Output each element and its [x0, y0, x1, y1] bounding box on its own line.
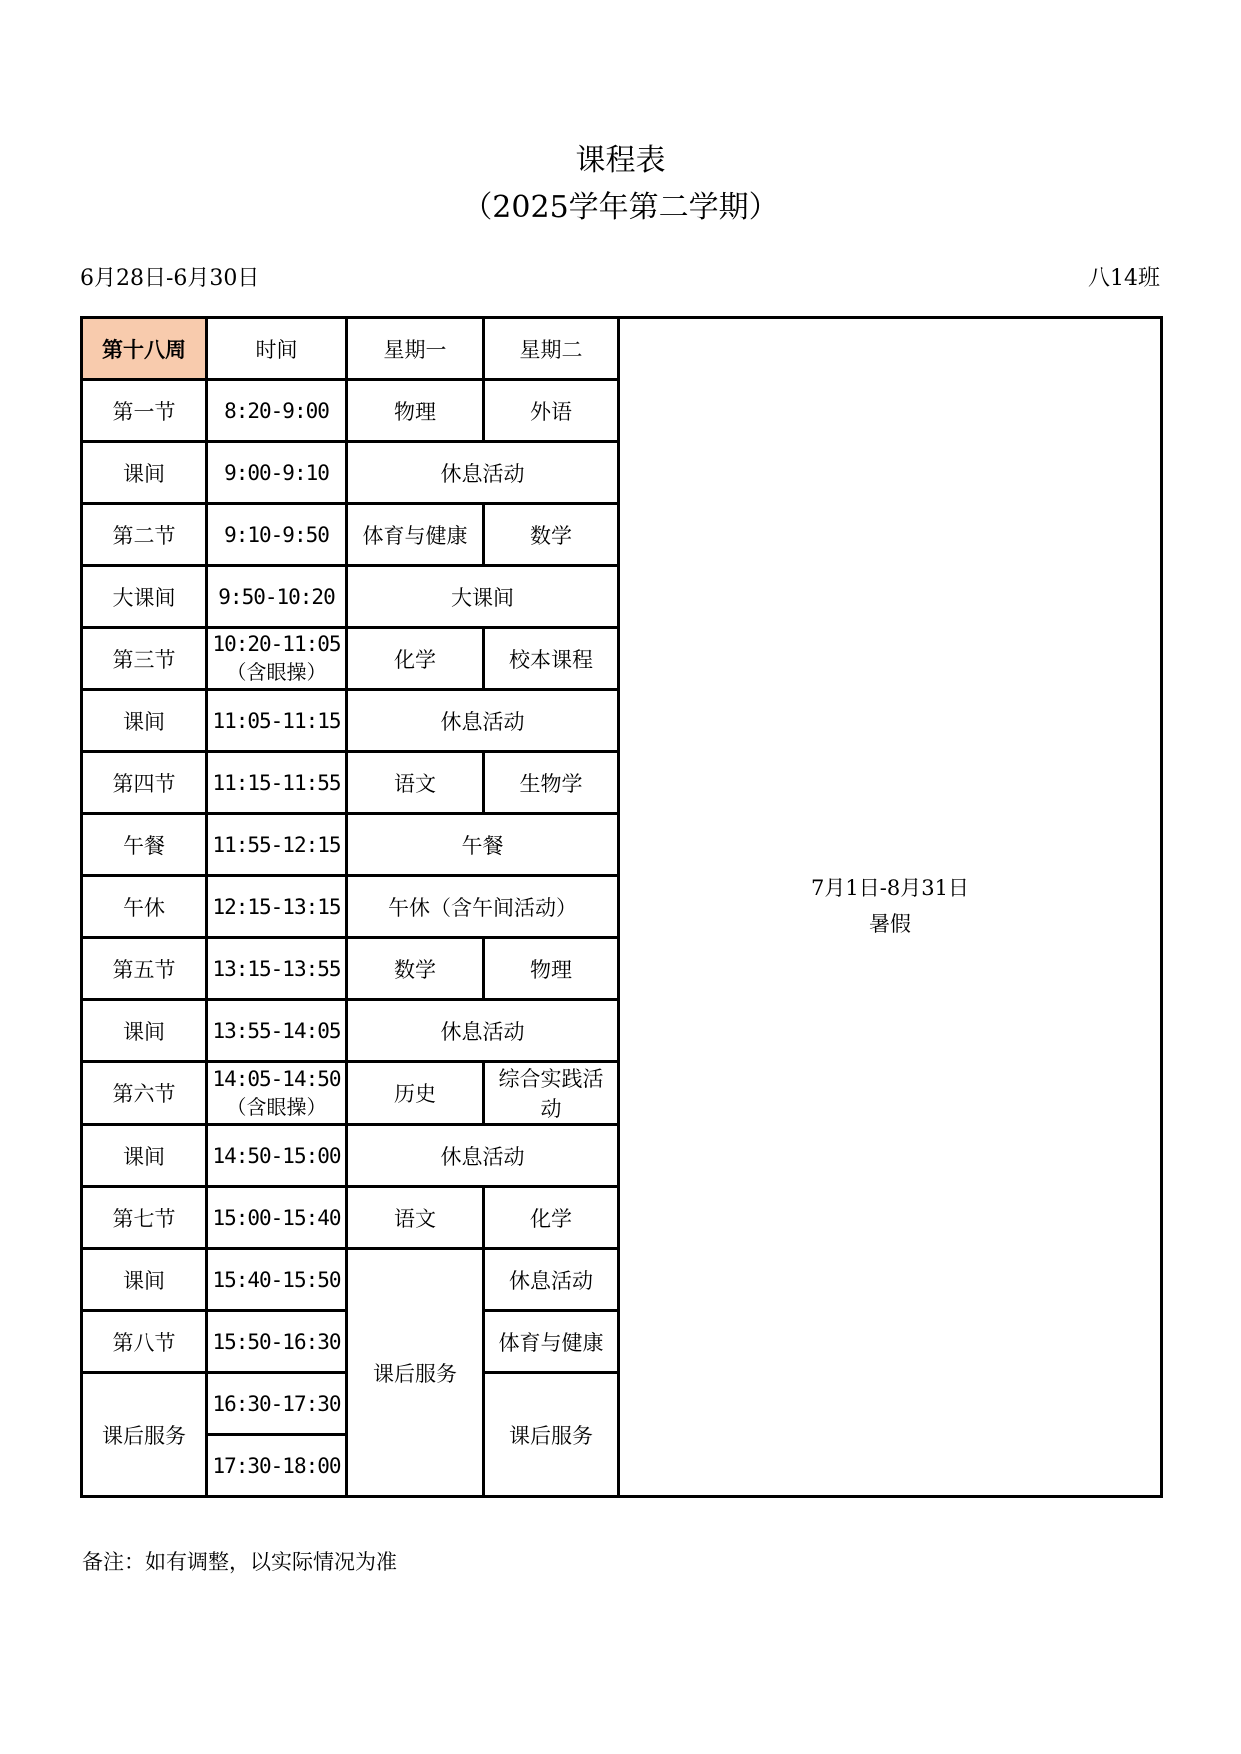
tuesday-cell: 化学	[484, 1187, 619, 1249]
period-label-cell: 第七节	[82, 1187, 207, 1249]
merged-activity-cell: 午餐	[347, 814, 619, 876]
vacation-dates: 7月1日-8月31日	[624, 871, 1156, 907]
period-label-cell: 第一节	[82, 380, 207, 442]
period-label-cell: 课间	[82, 1249, 207, 1311]
tuesday-header-cell: 星期二	[484, 318, 619, 380]
merged-activity-cell: 休息活动	[347, 442, 619, 504]
time-cell: 9:50-10:20	[207, 566, 347, 628]
time-cell: 13:55-14:05	[207, 1000, 347, 1062]
time-cell: 11:05-11:15	[207, 690, 347, 752]
time-range: 10:20-11:05	[212, 632, 341, 656]
period-label-cell: 第二节	[82, 504, 207, 566]
time-cell: 12:15-13:15	[207, 876, 347, 938]
title-line2: （2025学年第二学期）	[0, 185, 1241, 232]
period-label-cell: 课间	[82, 690, 207, 752]
monday-cell: 语文	[347, 1187, 484, 1249]
time-cell: 11:55-12:15	[207, 814, 347, 876]
merged-activity-cell: 休息活动	[347, 690, 619, 752]
monday-after-school-cell: 课后服务	[347, 1249, 484, 1497]
time-cell: 17:30-18:00	[207, 1435, 347, 1497]
time-cell: 8:20-9:00	[207, 380, 347, 442]
time-cell: 16:30-17:30	[207, 1373, 347, 1435]
monday-cell: 体育与健康	[347, 504, 484, 566]
monday-header-cell: 星期一	[347, 318, 484, 380]
class-name: 八14班	[1088, 261, 1160, 292]
time-cell: 15:40-15:50	[207, 1249, 347, 1311]
merged-activity-cell: 休息活动	[347, 1125, 619, 1187]
tuesday-after-school-cell: 课后服务	[484, 1373, 619, 1497]
time-range: 14:05-14:50	[212, 1067, 341, 1091]
meta-row: 6月28日-6月30日 八14班	[80, 261, 1160, 292]
vacation-cell: 7月1日-8月31日 暑假	[619, 318, 1162, 1497]
period-label-cell: 第三节	[82, 628, 207, 690]
period-label-cell: 课间	[82, 1125, 207, 1187]
time-note: （含眼操）	[212, 656, 341, 685]
footer-note: 备注：如有调整，以实际情况为准	[82, 1546, 1241, 1576]
monday-cell: 数学	[347, 938, 484, 1000]
period-label-cell: 第四节	[82, 752, 207, 814]
time-cell: 9:00-9:10	[207, 442, 347, 504]
header-row: 第十八周 时间 星期一 星期二 7月1日-8月31日 暑假	[82, 318, 1162, 380]
monday-cell: 物理	[347, 380, 484, 442]
period-label-cell: 第五节	[82, 938, 207, 1000]
period-label-cell: 课间	[82, 442, 207, 504]
schedule-table: 第十八周 时间 星期一 星期二 7月1日-8月31日 暑假 第一节 8:20-9…	[80, 316, 1163, 1498]
time-cell: 13:15-13:55	[207, 938, 347, 1000]
time-cell: 15:00-15:40	[207, 1187, 347, 1249]
merged-activity-cell: 午休（含午间活动）	[347, 876, 619, 938]
time-cell: 15:50-16:30	[207, 1311, 347, 1373]
monday-cell: 语文	[347, 752, 484, 814]
time-note: （含眼操）	[212, 1091, 341, 1120]
tuesday-cell: 生物学	[484, 752, 619, 814]
period-label-cell: 第六节	[82, 1062, 207, 1125]
time-cell: 14:05-14:50 （含眼操）	[207, 1062, 347, 1125]
merged-activity-cell: 休息活动	[347, 1000, 619, 1062]
vacation-label: 暑假	[624, 907, 1156, 943]
period-label-cell: 第八节	[82, 1311, 207, 1373]
time-cell: 11:15-11:55	[207, 752, 347, 814]
merged-activity-cell: 大课间	[347, 566, 619, 628]
schedule-page: 课程表 （2025学年第二学期） 6月28日-6月30日 八14班 第十八周 时…	[0, 0, 1241, 1754]
tuesday-cell: 外语	[484, 380, 619, 442]
tuesday-cell: 物理	[484, 938, 619, 1000]
period-label-cell: 课间	[82, 1000, 207, 1062]
monday-cell: 化学	[347, 628, 484, 690]
period-label-cell: 大课间	[82, 566, 207, 628]
tuesday-cell: 校本课程	[484, 628, 619, 690]
period-label-cell: 午休	[82, 876, 207, 938]
tuesday-cell: 休息活动	[484, 1249, 619, 1311]
page-title: 课程表 （2025学年第二学期）	[0, 0, 1241, 231]
tuesday-cell: 体育与健康	[484, 1311, 619, 1373]
tuesday-cell: 综合实践活动	[484, 1062, 619, 1125]
period-label-cell: 午餐	[82, 814, 207, 876]
tuesday-cell: 数学	[484, 504, 619, 566]
time-cell: 9:10-9:50	[207, 504, 347, 566]
time-cell: 10:20-11:05 （含眼操）	[207, 628, 347, 690]
time-cell: 14:50-15:00	[207, 1125, 347, 1187]
title-line1: 课程表	[0, 138, 1241, 185]
period-label-cell: 课后服务	[82, 1373, 207, 1497]
time-header-cell: 时间	[207, 318, 347, 380]
monday-cell: 历史	[347, 1062, 484, 1125]
week-header-cell: 第十八周	[82, 318, 207, 380]
date-range: 6月28日-6月30日	[80, 261, 259, 292]
